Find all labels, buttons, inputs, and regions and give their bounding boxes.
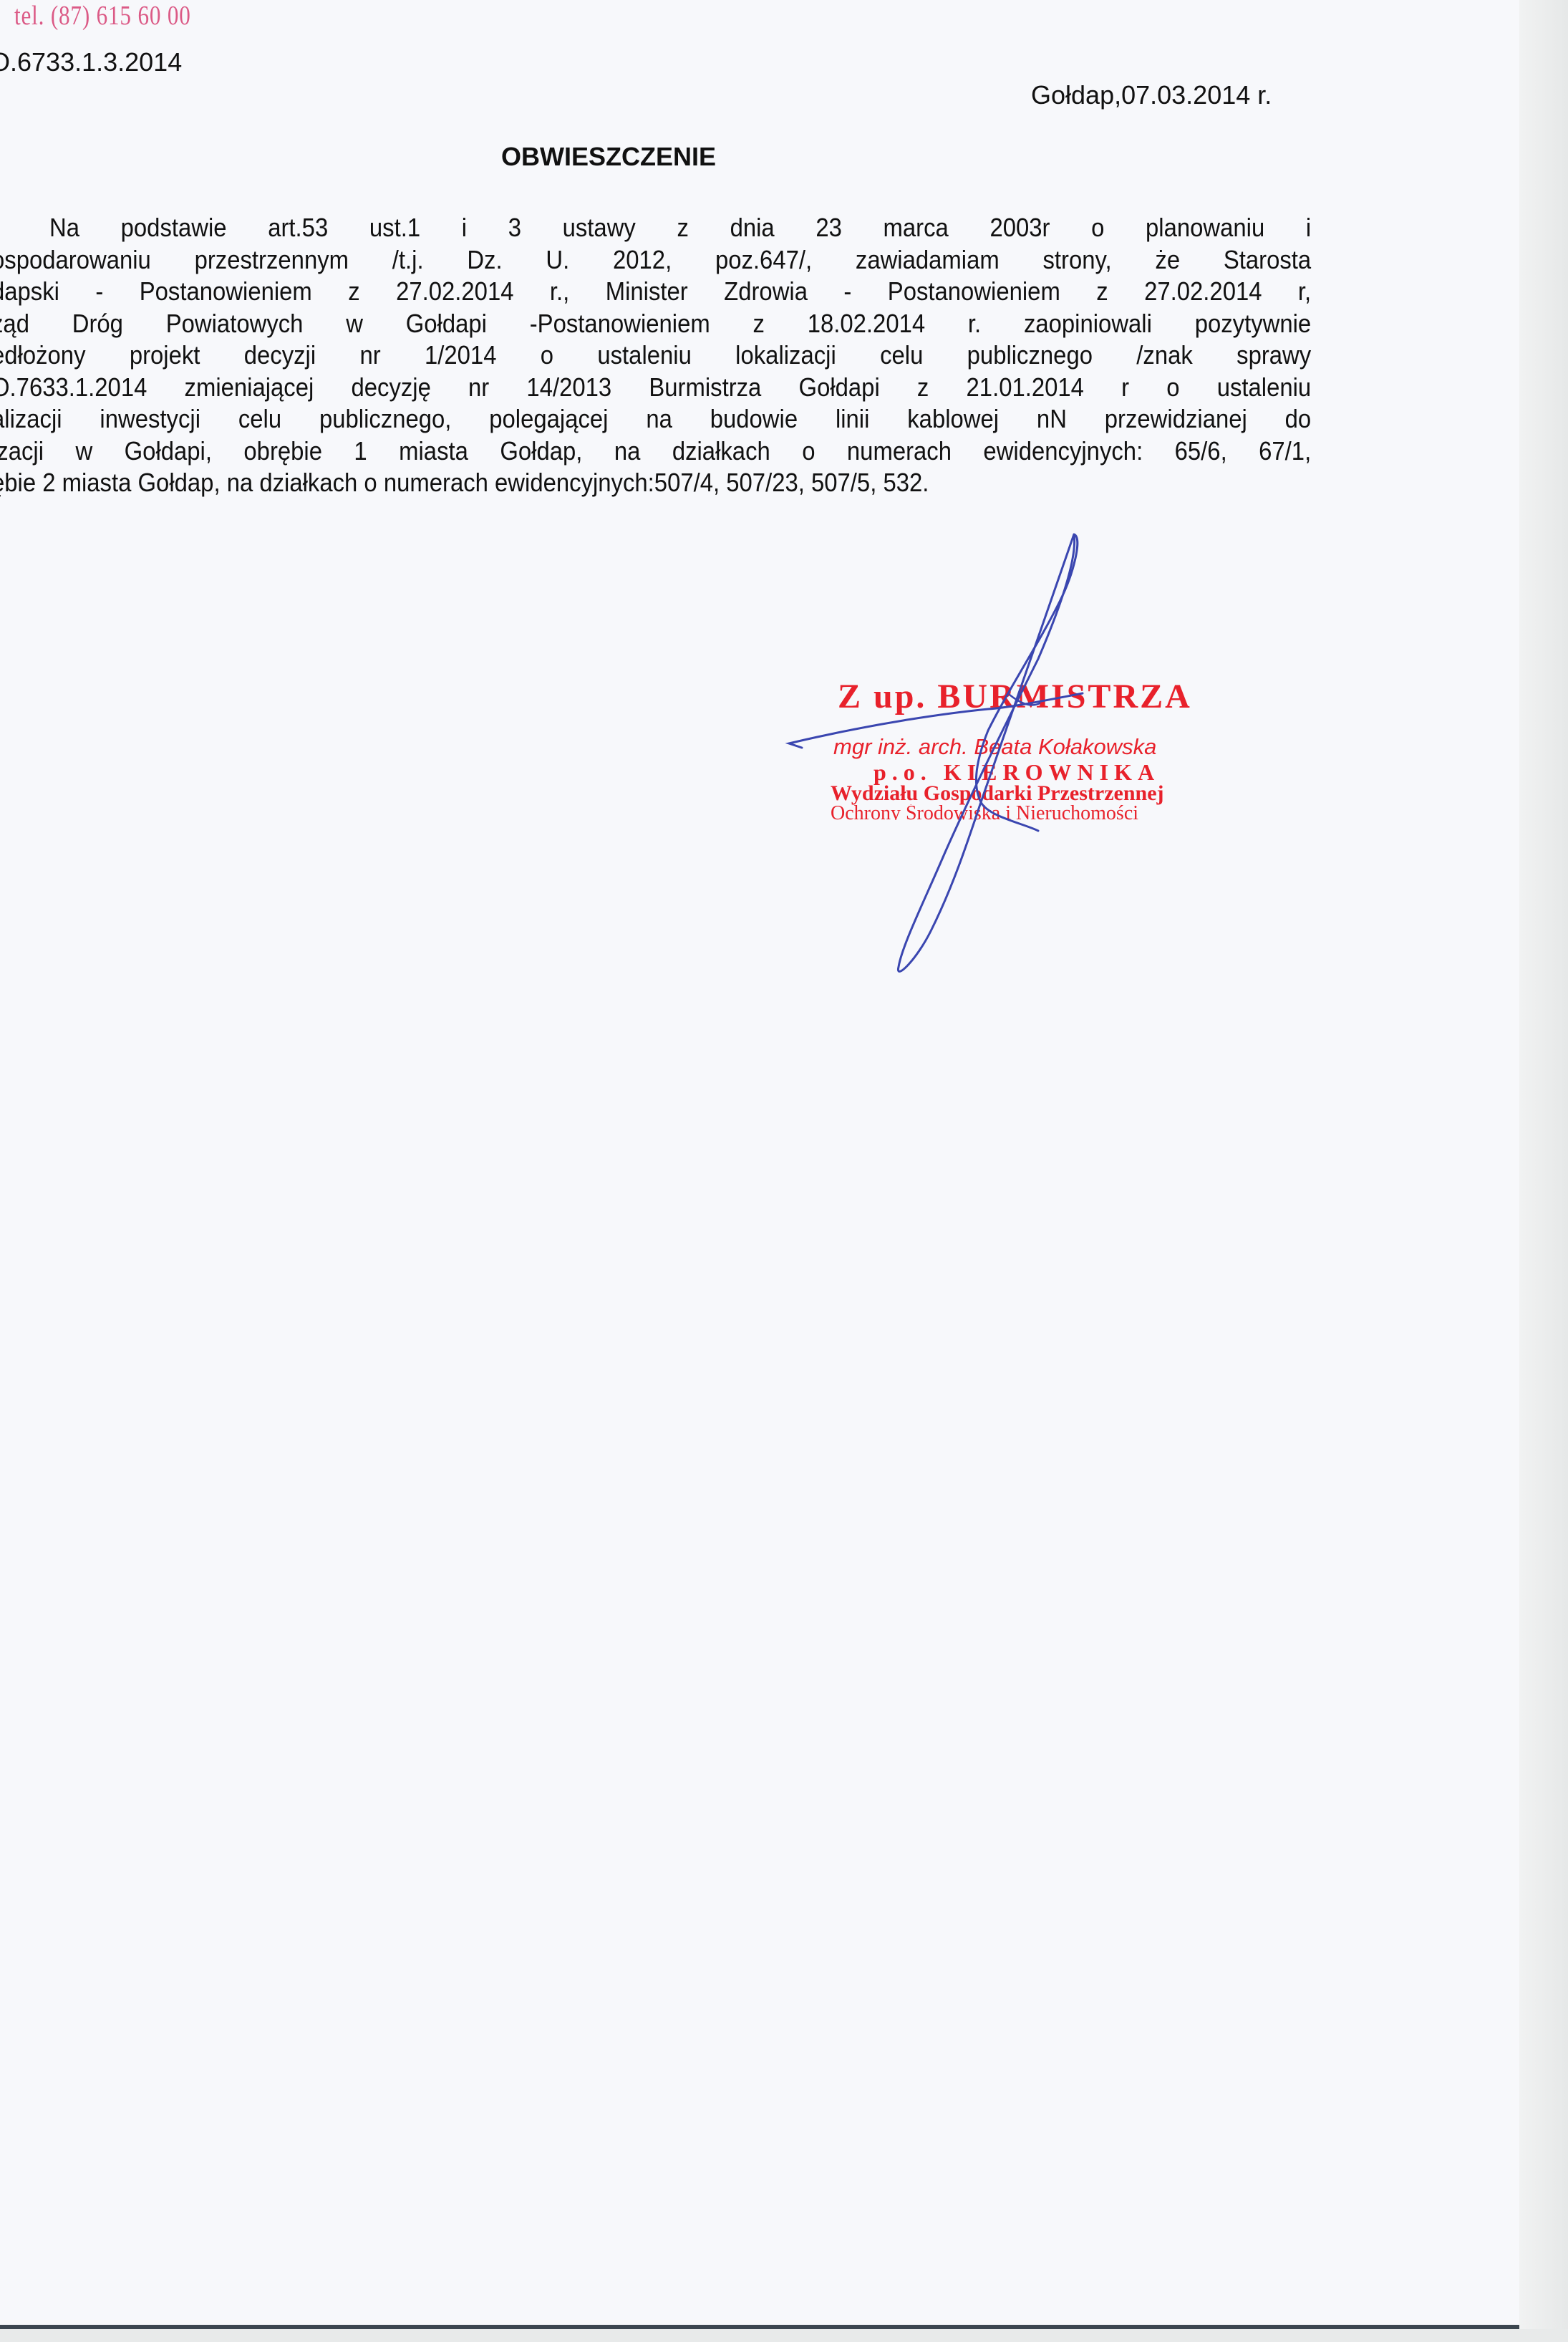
- scan-edge-right: [1519, 0, 1568, 2342]
- stamp-role: p.o. KIEROWNIKA: [873, 761, 1289, 783]
- stamp-authority: Z up. BURMISTRZA: [838, 677, 1289, 717]
- body-line: ząd Dróg Powiatowych w Gołdapi -Postanow…: [0, 308, 1311, 340]
- place-and-date: Gołdap,07.03.2014 r.: [1031, 80, 1272, 110]
- body-line: dapski - Postanowieniem z 27.02.2014 r.,…: [0, 276, 1311, 308]
- stamp-department-cont: Ochrony Środowiska i Nieruchomości: [831, 804, 1289, 820]
- scan-edge-bottom: [0, 2329, 1568, 2342]
- body-line: izacji w Gołdapi, obrębie 1 miasta Gołda…: [0, 435, 1311, 468]
- document-title: OBWIESZCZENIE: [501, 142, 716, 172]
- body-line: edłożony projekt decyzji nr 1/2014 o ust…: [0, 339, 1311, 372]
- official-stamp: Z up. BURMISTRZA mgr inż. arch. Beata Ko…: [831, 677, 1289, 820]
- stamp-signatory-name: mgr inż. arch. Beata Kołakowska: [833, 733, 1289, 761]
- phone-stamp: tel. (87) 615 60 00: [14, 0, 191, 32]
- body-line: Na podstawie art.53 ust.1 i 3 ustawy z d…: [0, 212, 1311, 244]
- body-line: ospodarowaniu przestrzennym /t.j. Dz. U.…: [0, 244, 1311, 276]
- body-line: O.7633.1.2014 zmieniającej decyzję nr 14…: [0, 372, 1311, 404]
- reference-number: O.6733.1.3.2014: [0, 47, 182, 77]
- stamp-department: Wydziału Gospodarki Przestrzennej: [831, 783, 1289, 804]
- body-line: ębie 2 miasta Gołdap, na działkach o num…: [0, 467, 1180, 499]
- body-line: alizacji inwestycji celu publicznego, po…: [0, 403, 1311, 435]
- document-body: Na podstawie art.53 ust.1 i 3 ustawy z d…: [0, 212, 1312, 499]
